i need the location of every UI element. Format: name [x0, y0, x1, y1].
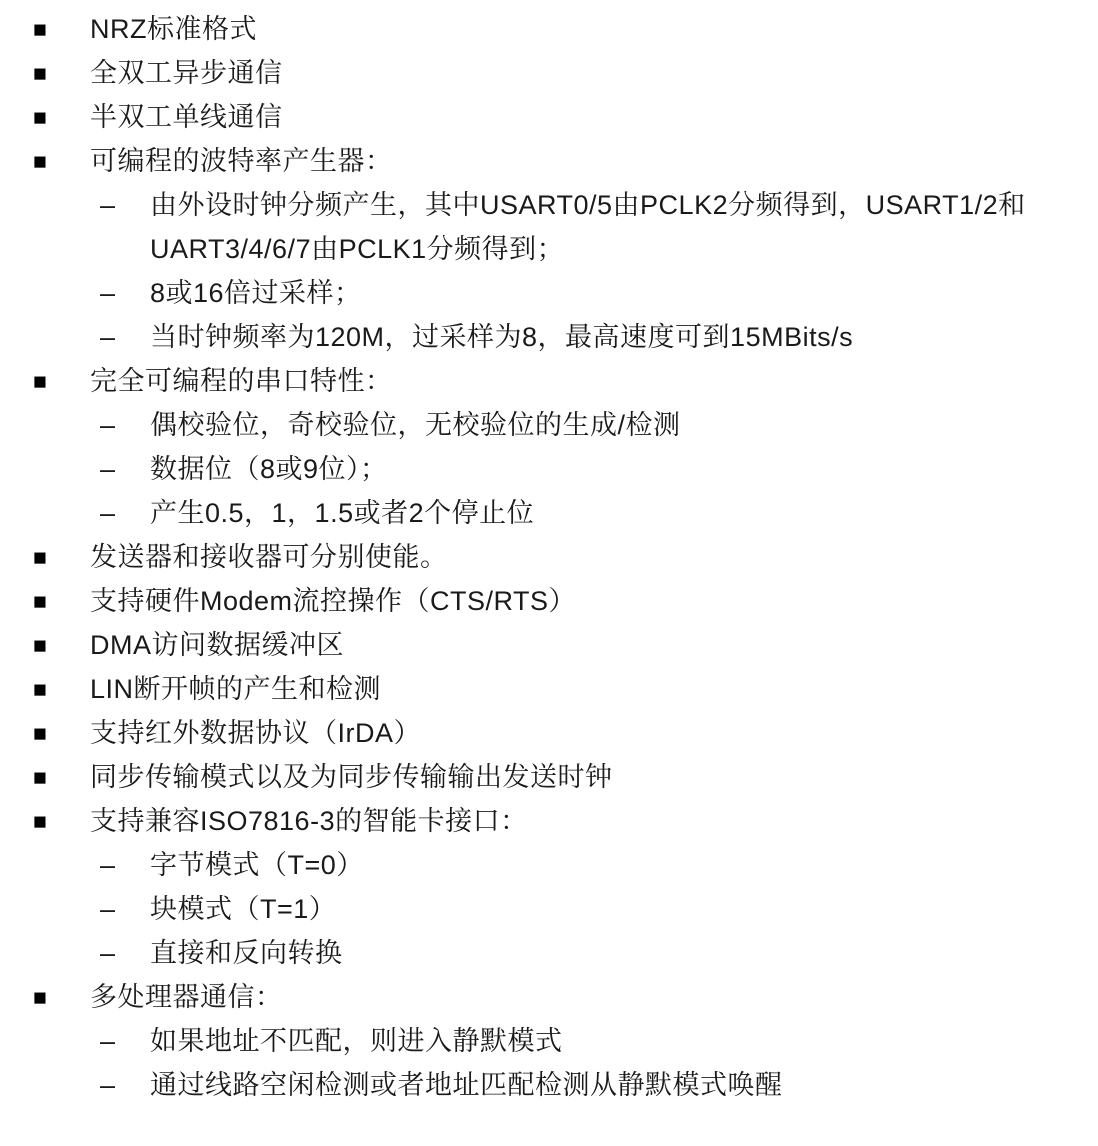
- list-item-text: 8或16倍过采样；: [150, 271, 1098, 315]
- square-bullet-icon: ■: [33, 51, 90, 95]
- list-subitem: – 块模式（T=1）: [0, 887, 1098, 931]
- list-subitem: – 8或16倍过采样；: [0, 271, 1098, 315]
- square-bullet-icon: ■: [33, 623, 90, 667]
- list-item: ■ 支持红外数据协议（IrDA）: [0, 711, 1098, 755]
- list-item-text: LIN断开帧的产生和检测: [90, 667, 1098, 711]
- list-item: ■ 半双工单线通信: [0, 95, 1098, 139]
- list-item: ■ 完全可编程的串口特性：: [0, 359, 1098, 403]
- list-item-text: DMA访问数据缓冲区: [90, 623, 1098, 667]
- list-item-text: 当时钟频率为120M，过采样为8，最高速度可到15MBits/s: [150, 315, 1098, 359]
- list-item: ■ 同步传输模式以及为同步传输输出发送时钟: [0, 755, 1098, 799]
- list-item-text: 支持红外数据协议（IrDA）: [90, 711, 1098, 755]
- square-bullet-icon: ■: [33, 535, 90, 579]
- square-bullet-icon: ■: [33, 95, 90, 139]
- square-bullet-icon: ■: [33, 711, 90, 755]
- dash-bullet-icon: –: [100, 491, 150, 535]
- list-item-text: NRZ标准格式: [90, 7, 1098, 51]
- list-item-text: 直接和反向转换: [150, 931, 1098, 975]
- list-item-text: 支持兼容ISO7816-3的智能卡接口：: [90, 799, 1098, 843]
- dash-bullet-icon: –: [100, 1063, 150, 1107]
- list-subitem: – 由外设时钟分频产生，其中USART0/5由PCLK2分频得到，USART1/…: [0, 183, 1098, 271]
- list-item-text: 如果地址不匹配，则进入静默模式: [150, 1019, 1098, 1063]
- list-item-text: 偶校验位，奇校验位，无校验位的生成/检测: [150, 403, 1098, 447]
- list-item-text: 产生0.5，1，1.5或者2个停止位: [150, 491, 1098, 535]
- list-item: ■ DMA访问数据缓冲区: [0, 623, 1098, 667]
- list-item-text: 半双工单线通信: [90, 95, 1098, 139]
- dash-bullet-icon: –: [100, 271, 150, 315]
- list-item-text: 发送器和接收器可分别使能。: [90, 535, 1098, 579]
- list-item: ■ 多处理器通信：: [0, 975, 1098, 1019]
- list-item: ■ NRZ标准格式: [0, 7, 1098, 51]
- list-subitem: – 通过线路空闲检测或者地址匹配检测从静默模式唤醒: [0, 1063, 1098, 1107]
- list-item: ■ 支持硬件Modem流控操作（CTS/RTS）: [0, 579, 1098, 623]
- square-bullet-icon: ■: [33, 799, 90, 843]
- list-item-text: 多处理器通信：: [90, 975, 1098, 1019]
- list-item: ■ 发送器和接收器可分别使能。: [0, 535, 1098, 579]
- list-item-text: 同步传输模式以及为同步传输输出发送时钟: [90, 755, 1098, 799]
- square-bullet-icon: ■: [33, 359, 90, 403]
- list-item: ■ 可编程的波特率产生器：: [0, 139, 1098, 183]
- document-page: ■ NRZ标准格式 ■ 全双工异步通信 ■ 半双工单线通信 ■ 可编程的波特率产…: [0, 0, 1098, 1146]
- list-item-text: 完全可编程的串口特性：: [90, 359, 1098, 403]
- dash-bullet-icon: –: [100, 315, 150, 359]
- list-subitem: – 如果地址不匹配，则进入静默模式: [0, 1019, 1098, 1063]
- list-subitem: – 当时钟频率为120M，过采样为8，最高速度可到15MBits/s: [0, 315, 1098, 359]
- list-item: ■ 全双工异步通信: [0, 51, 1098, 95]
- list-item: ■ 支持兼容ISO7816-3的智能卡接口：: [0, 799, 1098, 843]
- dash-bullet-icon: –: [100, 931, 150, 975]
- square-bullet-icon: ■: [33, 7, 90, 51]
- list-item-text: 字节模式（T=0）: [150, 843, 1098, 887]
- square-bullet-icon: ■: [33, 667, 90, 711]
- list-subitem: – 数据位（8或9位）；: [0, 447, 1098, 491]
- dash-bullet-icon: –: [100, 887, 150, 931]
- list-item-text: 块模式（T=1）: [150, 887, 1098, 931]
- dash-bullet-icon: –: [100, 403, 150, 447]
- list-subitem: – 产生0.5，1，1.5或者2个停止位: [0, 491, 1098, 535]
- list-item-text: 由外设时钟分频产生，其中USART0/5由PCLK2分频得到，USART1/2和…: [150, 183, 1098, 271]
- list-item-text: 支持硬件Modem流控操作（CTS/RTS）: [90, 579, 1098, 623]
- dash-bullet-icon: –: [100, 183, 150, 227]
- list-item-text: 通过线路空闲检测或者地址匹配检测从静默模式唤醒: [150, 1063, 1098, 1107]
- list-subitem: – 直接和反向转换: [0, 931, 1098, 975]
- square-bullet-icon: ■: [33, 755, 90, 799]
- dash-bullet-icon: –: [100, 843, 150, 887]
- square-bullet-icon: ■: [33, 139, 90, 183]
- square-bullet-icon: ■: [33, 579, 90, 623]
- list-item-text: 可编程的波特率产生器：: [90, 139, 1098, 183]
- dash-bullet-icon: –: [100, 447, 150, 491]
- list-subitem: – 字节模式（T=0）: [0, 843, 1098, 887]
- square-bullet-icon: ■: [33, 975, 90, 1019]
- list-item-text: 数据位（8或9位）；: [150, 447, 1098, 491]
- list-item-text: 全双工异步通信: [90, 51, 1098, 95]
- list-item: ■ LIN断开帧的产生和检测: [0, 667, 1098, 711]
- dash-bullet-icon: –: [100, 1019, 150, 1063]
- list-subitem: – 偶校验位，奇校验位，无校验位的生成/检测: [0, 403, 1098, 447]
